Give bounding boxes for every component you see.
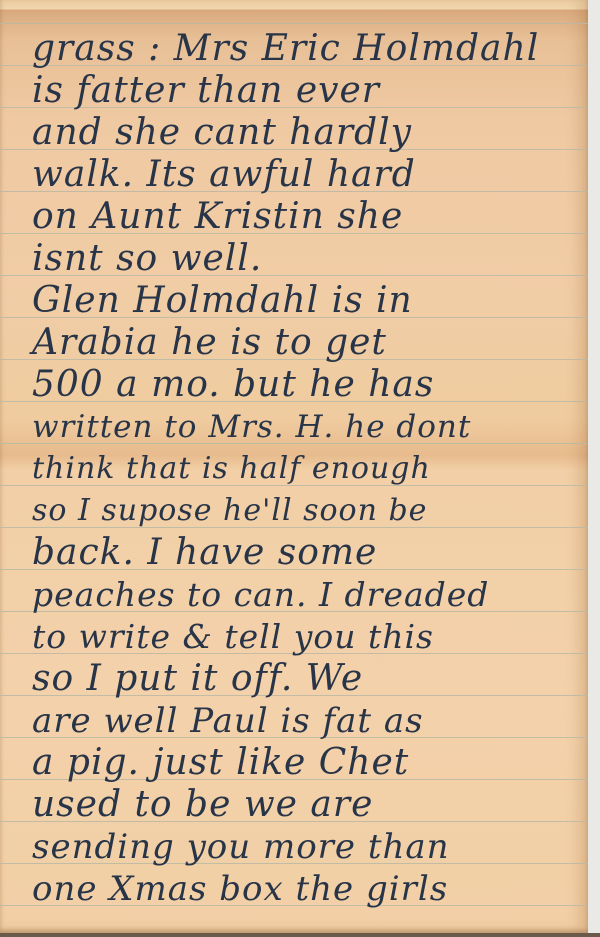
paper-bottom-edge [0,933,600,937]
text-line: and she cant hardly [32,113,574,153]
text-line: walk. Its awful hard [32,155,574,195]
text-line: Glen Holmdahl is in [32,281,574,321]
text-line: think that is half enough [32,449,574,489]
text-line: sending you more than [32,827,574,867]
text-line: grass : Mrs Eric Holmdahl [32,29,574,69]
text-line: one Xmas box the girls [32,869,574,909]
text-line: so I supose he'll soon be [32,491,574,531]
text-line: a pig. just like Chet [32,743,574,783]
text-line: back. I have some [32,533,574,573]
text-line: isnt so well. [32,239,574,279]
text-line: written to Mrs. H. he dont [32,407,574,447]
text-line: Arabia he is to get [32,323,574,363]
ruled-line [0,23,588,24]
letter-page: grass : Mrs Eric Holmdahl is fatter than… [0,0,588,933]
text-line: 500 a mo. but he has [32,365,574,405]
text-line: so I put it off. We [32,659,574,699]
text-line: peaches to can. I dreaded [32,575,574,615]
text-line: is fatter than ever [32,71,574,111]
text-line: to write & tell you this [32,617,574,657]
scan-background [588,0,600,937]
text-line: on Aunt Kristin she [32,197,574,237]
text-line: are well Paul is fat as [32,701,574,741]
text-line: used to be we are [32,785,574,825]
